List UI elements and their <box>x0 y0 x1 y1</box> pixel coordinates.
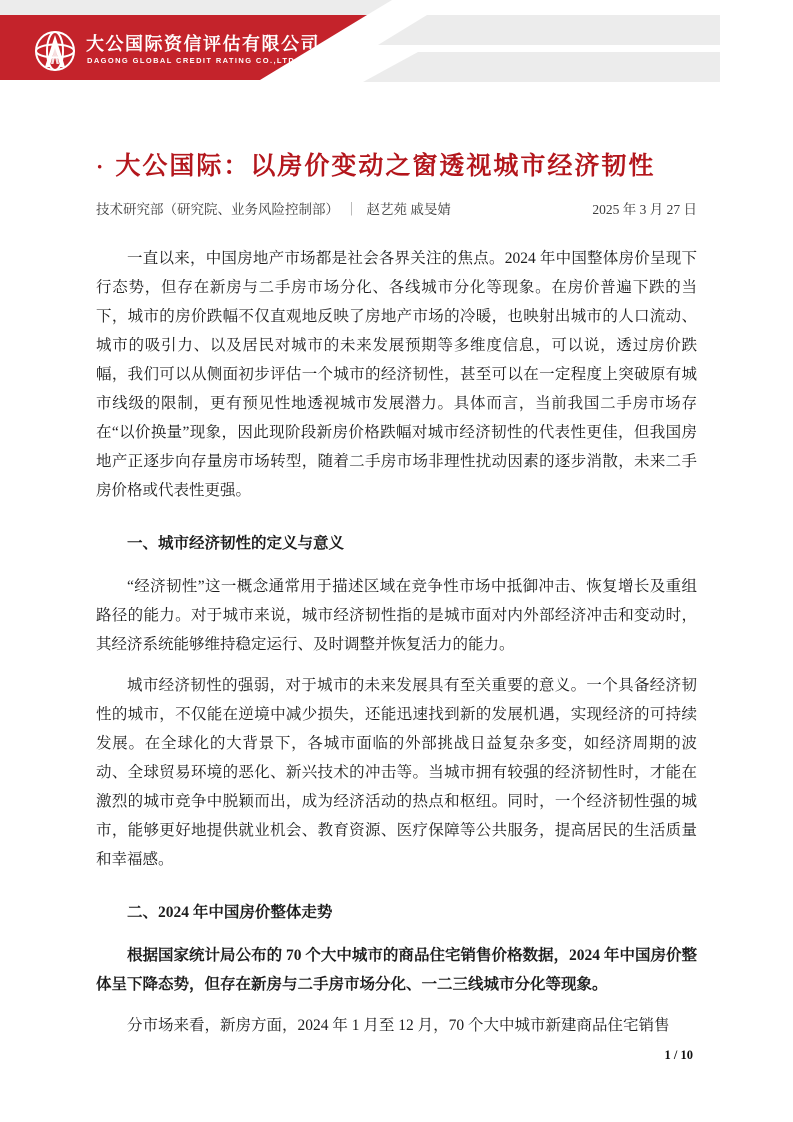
body-paragraph: 分市场来看，新房方面，2024 年 1 月至 12 月，70 个大中城市新建商品… <box>96 1011 697 1040</box>
header-stripe-1 <box>378 15 720 45</box>
section-heading: 一、城市经济韧性的定义与意义 <box>96 529 697 558</box>
byline-department: 技术研究部（研究院、业务风险控制部） <box>96 202 339 217</box>
byline-separator: ｜ <box>345 202 359 217</box>
byline-authors: 赵艺苑 戚旻婧 <box>367 202 451 217</box>
article-body: 一直以来，中国房地产市场都是社会各界关注的焦点。2024 年中国整体房价呈现下行… <box>96 244 697 1040</box>
document-page: 大公国际资信评估有限公司 DAGONG GLOBAL CREDIT RATING… <box>0 0 793 1122</box>
body-paragraph: 城市经济韧性的强弱，对于城市的未来发展具有至关重要的意义。一个具备经济韧性的城市… <box>96 671 697 874</box>
company-name-zh: 大公国际资信评估有限公司 <box>86 30 320 56</box>
article: ·大公国际：以房价变动之窗透视城市经济韧性 技术研究部（研究院、业务风险控制部）… <box>0 150 793 1040</box>
byline-date: 2025 年 3 月 27 日 <box>592 198 697 218</box>
header-stripe-2 <box>363 52 720 82</box>
header-banner: 大公国际资信评估有限公司 DAGONG GLOBAL CREDIT RATING… <box>0 0 793 100</box>
company-name-en: DAGONG GLOBAL CREDIT RATING CO.,LTD <box>87 56 295 65</box>
header-stripe-top <box>0 0 392 15</box>
byline-left: 技术研究部（研究院、业务风险控制部）｜赵艺苑 戚旻婧 <box>96 198 451 218</box>
byline: 技术研究部（研究院、业务风险控制部）｜赵艺苑 戚旻婧 2025 年 3 月 27… <box>96 198 697 218</box>
body-paragraph: 一直以来，中国房地产市场都是社会各界关注的焦点。2024 年中国整体房价呈现下行… <box>96 244 697 505</box>
article-title-text: 大公国际：以房价变动之窗透视城市经济韧性 <box>115 153 655 180</box>
body-paragraph: “经济韧性”这一概念通常用于描述区域在竞争性市场中抵御冲击、恢复增长及重组路径的… <box>96 572 697 659</box>
title-bullet: · <box>96 154 105 179</box>
page-number: 1 / 10 <box>665 1048 693 1063</box>
body-paragraph: 根据国家统计局公布的 70 个大中城市的商品住宅销售价格数据，2024 年中国房… <box>96 941 697 999</box>
article-title: ·大公国际：以房价变动之窗透视城市经济韧性 <box>96 150 697 184</box>
section-heading: 二、2024 年中国房价整体走势 <box>96 898 697 927</box>
